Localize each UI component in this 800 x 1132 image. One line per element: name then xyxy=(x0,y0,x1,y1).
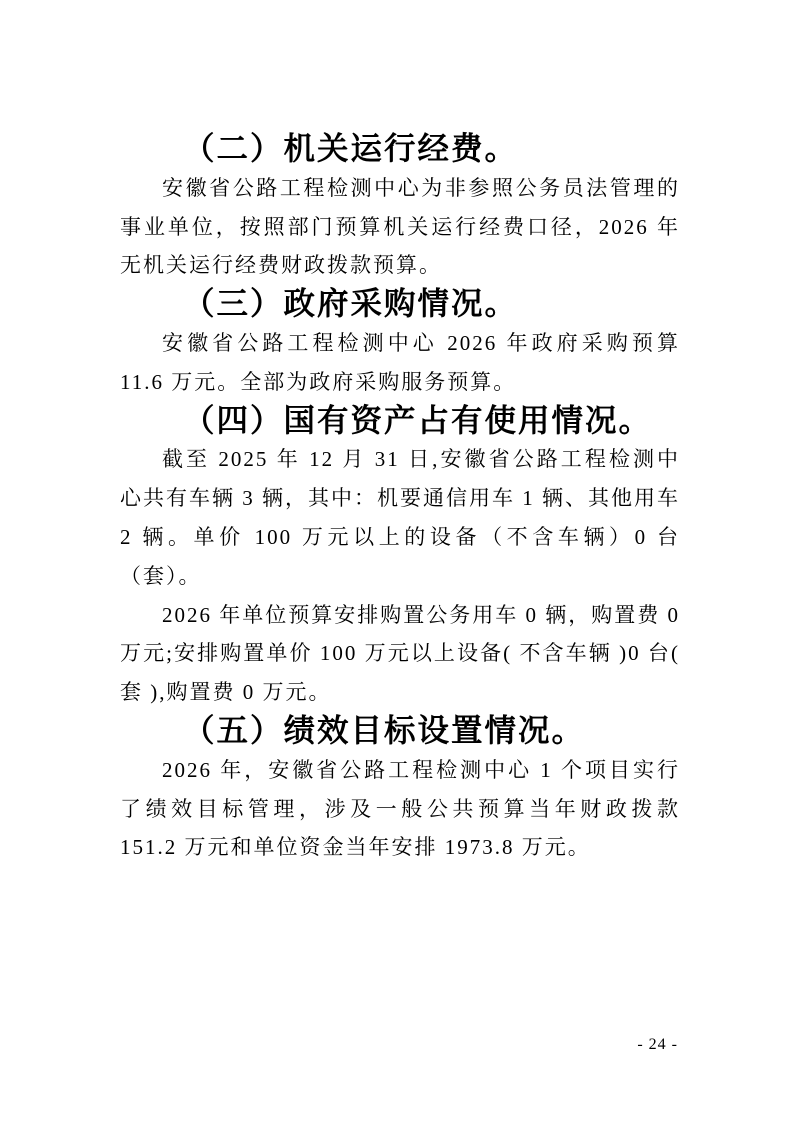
paragraph-2026-purchase-plan: 2026 年单位预算安排购置公务用车 0 辆，购置费 0 万元;安排购置单价 1… xyxy=(120,596,680,712)
paragraph-vehicles-and-equipment: 截至 2025 年 12 月 31 日,安徽省公路工程检测中心共有车辆 3 辆，… xyxy=(120,440,680,595)
document-content: （二）机关运行经费。 安徽省公路工程检测中心为非参照公务员法管理的事业单位，按照… xyxy=(120,130,680,867)
document-page: （二）机关运行经费。 安徽省公路工程检测中心为非参照公务员法管理的事业单位，按照… xyxy=(0,0,800,1132)
heading-agency-operating-funds: （二）机关运行经费。 xyxy=(120,130,680,169)
heading-performance-targets: （五）绩效目标设置情况。 xyxy=(120,712,680,751)
paragraph-agency-operating-funds: 安徽省公路工程检测中心为非参照公务员法管理的事业单位，按照部门预算机关运行经费口… xyxy=(120,169,680,285)
paragraph-government-procurement: 安徽省公路工程检测中心 2026 年政府采购预算 11.6 万元。全部为政府采购… xyxy=(120,324,680,402)
page-number: - 24 - xyxy=(637,1036,678,1054)
heading-state-owned-assets: （四）国有资产占有使用情况。 xyxy=(120,402,680,441)
paragraph-performance-targets: 2026 年，安徽省公路工程检测中心 1 个项目实行了绩效目标管理，涉及一般公共… xyxy=(120,751,680,867)
heading-government-procurement: （三）政府采购情况。 xyxy=(120,285,680,324)
